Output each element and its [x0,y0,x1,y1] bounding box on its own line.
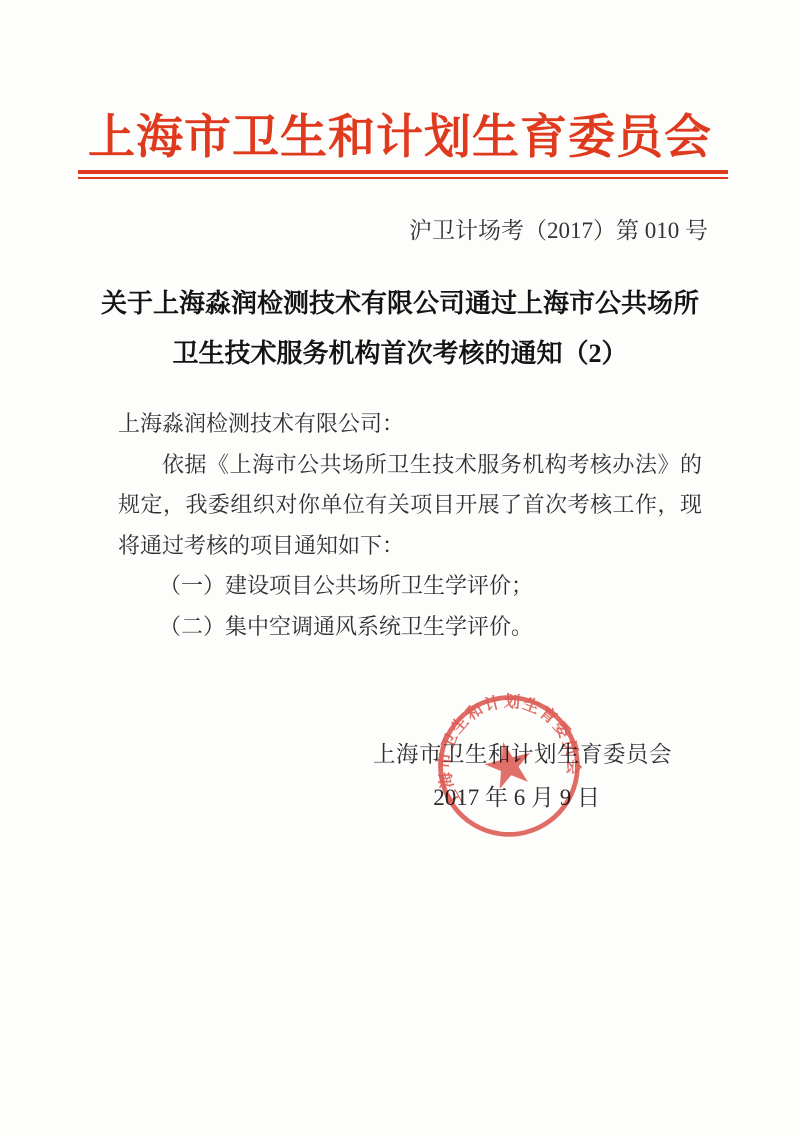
official-seal: 上海市卫生和计划生育委员会 [417,674,601,858]
body-paragraph-line3: 将通过考核的项目通知如下： [118,526,702,567]
body-paragraph-line1: 依据《上海市公共场所卫生技术服务机构考核办法》的 [118,445,702,486]
notice-title-line2: 卫生技术服务机构首次考核的通知（2） [0,329,800,379]
seal-star-icon [480,736,536,791]
notice-title: 关于上海淼润检测技术有限公司通过上海市公共场所 卫生技术服务机构首次考核的通知（… [0,279,800,379]
body-salutation: 上海淼润检测技术有限公司： [118,404,702,445]
letterhead-org-name: 上海市卫生和计划生育委员会 [0,100,800,167]
notice-title-line1: 关于上海淼润检测技术有限公司通过上海市公共场所 [0,279,800,329]
body-list-item-2: （二）集中空调通风系统卫生学评价。 [118,607,702,648]
document-number: 沪卫计场考（2017）第 010 号 [409,212,708,245]
official-seal-graphic: 上海市卫生和计划生育委员会 [417,674,601,858]
official-notice-page: 上海市卫生和计划生育委员会 沪卫计场考（2017）第 010 号 关于上海淼润检… [0,0,800,1137]
notice-body: 上海淼润检测技术有限公司： 依据《上海市公共场所卫生技术服务机构考核办法》的 规… [118,404,702,647]
letterhead-divider [78,170,728,179]
body-list-item-1: （一）建设项目公共场所卫生学评价； [118,566,702,607]
body-paragraph-line2: 规定，我委组织对你单位有关项目开展了首次考核工作，现 [118,485,702,526]
